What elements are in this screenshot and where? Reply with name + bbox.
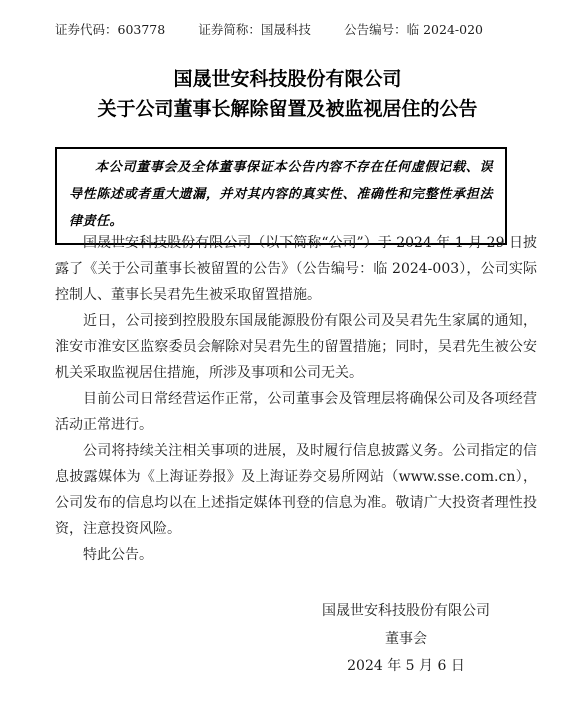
paragraph-normal-operations: 目前公司日常经营运作正常，公司董事会及管理层将确保公司及各项经营活动正常进行。 [55,386,537,438]
paragraph-disclosure-history: 国晟世安科技股份有限公司（以下简称“公司”）于 2024 年 1 月 29 日披… [55,230,537,308]
stock-abbreviation: 证券简称：国晟科技 [198,22,311,38]
document-title: 国晟世安科技股份有限公司 关于公司董事长解除留置及被监视居住的公告 [0,64,575,124]
paragraph-lifting-of-detention: 近日，公司接到控股股东国晟能源股份有限公司及吴君先生家属的通知，淮安市淮安区监察… [55,308,537,386]
announcement-page: 证券代码：603778 证券简称：国晟科技 公告编号：临 2024-020 国晟… [0,0,575,701]
title-company-name: 国晟世安科技股份有限公司 [0,64,575,94]
stock-code: 证券代码：603778 [55,22,165,38]
title-subject: 关于公司董事长解除留置及被监视居住的公告 [0,94,575,124]
signature-date: 2024 年 5 月 6 日 [322,653,490,681]
signature-company: 国晟世安科技股份有限公司 [322,598,490,626]
document-header: 证券代码：603778 证券简称：国晟科技 公告编号：临 2024-020 [55,22,483,38]
disclaimer-text: 本公司董事会及全体董事保证本公告内容不存在任何虚假记载、误导性陈述或者重大遗漏，… [69,160,493,229]
closing-statement: 特此公告。 [55,542,537,568]
signature-board: 董事会 [322,626,490,654]
document-body: 国晟世安科技股份有限公司（以下简称“公司”）于 2024 年 1 月 29 日披… [55,230,537,568]
announcement-number: 公告编号：临 2024-020 [344,22,483,38]
signature-block: 国晟世安科技股份有限公司 董事会 2024 年 5 月 6 日 [322,598,490,681]
paragraph-information-disclosure: 公司将持续关注相关事项的进展，及时履行信息披露义务。公司指定的信息披露媒体为《上… [55,438,537,542]
